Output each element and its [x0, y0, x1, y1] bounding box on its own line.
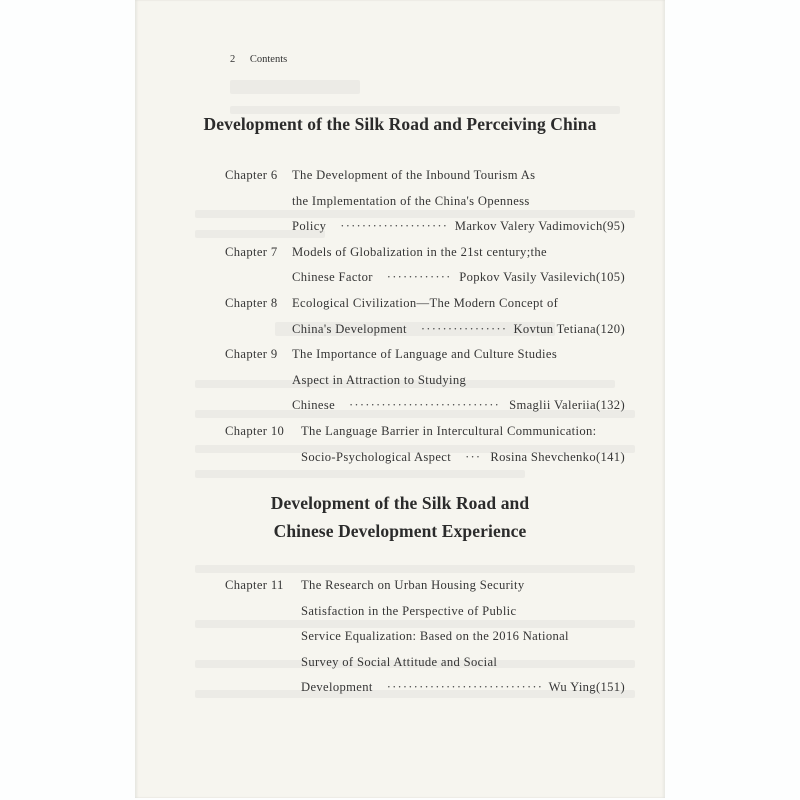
- section-title: Development of the Silk Road and: [135, 493, 665, 514]
- chapter-title-line: The Language Barrier in Intercultural Co…: [301, 424, 597, 439]
- show-through: [195, 210, 635, 218]
- show-through: [230, 106, 620, 114]
- chapter-last-line: Socio-Psychological Aspect······Rosina S…: [301, 450, 625, 465]
- chapter-title-line: Aspect in Attraction to Studying: [292, 373, 466, 388]
- leader-dots: ············: [387, 270, 451, 285]
- running-head-label: Contents: [250, 54, 287, 65]
- chapter-author: Smaglii Valeriia: [509, 398, 596, 413]
- show-through: [195, 620, 635, 628]
- leader-dots: ······: [465, 450, 482, 465]
- chapter-page-ref[interactable]: (132): [596, 398, 625, 413]
- chapter-title-line: Ecological Civilization—The Modern Conce…: [292, 296, 558, 311]
- chapter-page-ref[interactable]: (151): [596, 680, 625, 695]
- show-through: [230, 80, 360, 94]
- leader-dots: ························: [340, 219, 446, 234]
- chapter-title-line: The Research on Urban Housing Security: [301, 578, 525, 593]
- chapter-last-line: Development·····························…: [301, 680, 625, 695]
- chapter-author: Wu Ying: [549, 680, 596, 695]
- chapter-title-line: Models of Globalization in the 21st cent…: [292, 245, 547, 260]
- show-through: [195, 470, 525, 478]
- chapter-last-line: China's Development··················Kov…: [292, 322, 625, 337]
- chapter-title-line: China's Development: [292, 322, 407, 337]
- chapter-title-line: Development: [301, 680, 373, 695]
- page-number: 2: [230, 54, 235, 65]
- chapter-last-line: Chinese Factor············Popkov Vasily …: [292, 270, 625, 285]
- chapter-label: Chapter 7: [225, 245, 277, 260]
- chapter-page-ref[interactable]: (95): [603, 219, 625, 234]
- chapter-author: Rosina Shevchenko: [490, 450, 596, 465]
- leader-dots: ··································: [349, 398, 501, 413]
- chapter-label: Chapter 11: [225, 578, 284, 593]
- chapter-author: Kovtun Tetiana: [513, 322, 595, 337]
- leader-dots: ································: [387, 680, 541, 695]
- leader-dots: ··················: [421, 322, 506, 337]
- chapter-title-line: The Development of the Inbound Tourism A…: [292, 168, 535, 183]
- chapter-label: Chapter 6: [225, 168, 277, 183]
- chapter-title-line: Chinese: [292, 398, 335, 413]
- chapter-last-line: Chinese·································…: [292, 398, 625, 413]
- section-title: Development of the Silk Road and Perceiv…: [135, 114, 665, 135]
- chapter-author: Markov Valery Vadimovich: [455, 219, 603, 234]
- running-head: 2 Contents: [230, 54, 287, 65]
- chapter-last-line: Policy························Markov Val…: [292, 219, 625, 234]
- chapter-title-line: Survey of Social Attitude and Social: [301, 655, 497, 670]
- chapter-label: Chapter 9: [225, 347, 277, 362]
- chapter-title-line: Satisfaction in the Perspective of Publi…: [301, 604, 516, 619]
- chapter-page-ref[interactable]: (105): [596, 270, 625, 285]
- chapter-author: Popkov Vasily Vasilevich: [459, 270, 596, 285]
- chapter-page-ref[interactable]: (120): [596, 322, 625, 337]
- chapter-title-line: Policy: [292, 219, 326, 234]
- chapter-title-line: Socio-Psychological Aspect: [301, 450, 451, 465]
- chapter-label: Chapter 10: [225, 424, 284, 439]
- section-title: Chinese Development Experience: [135, 521, 665, 542]
- show-through: [195, 565, 635, 573]
- chapter-title-line: the Implementation of the China's Openne…: [292, 194, 530, 209]
- chapter-title-line: Service Equalization: Based on the 2016 …: [301, 629, 569, 644]
- chapter-label: Chapter 8: [225, 296, 277, 311]
- chapter-title-line: Chinese Factor: [292, 270, 373, 285]
- chapter-title-line: The Importance of Language and Culture S…: [292, 347, 557, 362]
- chapter-page-ref[interactable]: (141): [596, 450, 625, 465]
